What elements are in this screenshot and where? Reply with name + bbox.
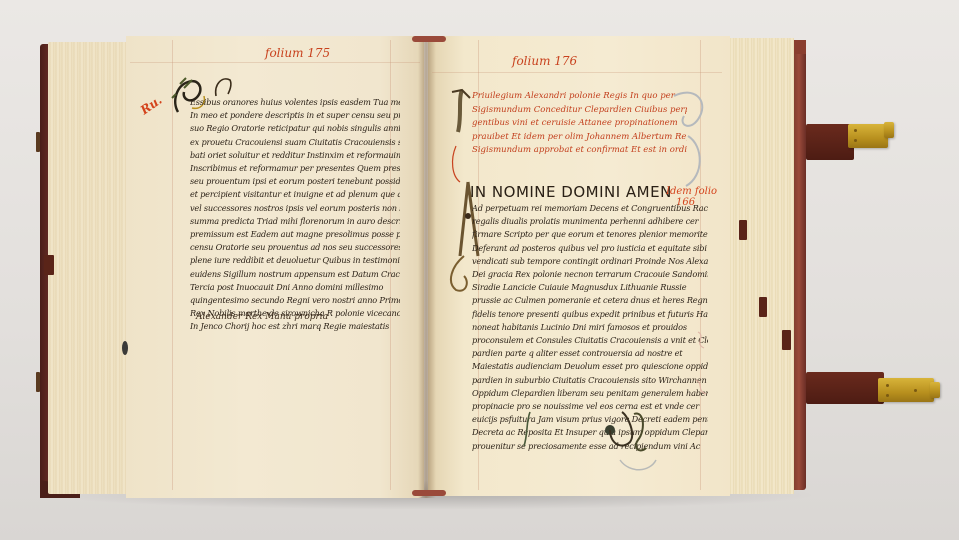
text-line: In meo et pondere descriptis in et super… <box>190 109 400 122</box>
upper-clasp-strap <box>806 124 854 160</box>
text-line: In Jenco Chorij hoc est zhri marq Regie … <box>190 320 400 333</box>
text-line: pardien in suburbio Ciuitatis Cracouiens… <box>472 374 708 387</box>
text-line: Inscribimus et reformamur per presentes … <box>190 162 400 175</box>
text-line: fidelis tenore presenti quibus expedit p… <box>472 308 708 321</box>
rubric-line: Priuilegium Alexandri polonie Regis In q… <box>472 90 687 104</box>
royal-signature: Alexander Rex Manu propria <box>196 312 328 322</box>
pen-stroke-icon <box>520 410 540 450</box>
text-line: Essibus oranores huius volentes ipsis ea… <box>190 96 400 109</box>
text-line: seu prouentum ipsi et eorum posteri tene… <box>190 175 400 188</box>
right-fore-edge <box>728 38 794 494</box>
gutter <box>418 36 436 498</box>
faded-marginal-marks-icon <box>692 330 712 400</box>
rubric-line: prauibet Et idem per olim Johannem Alber… <box>472 131 687 145</box>
left-page-body: Essibus oranores huius volentes ipsis ea… <box>190 96 400 334</box>
upper-clasp[interactable] <box>848 124 888 148</box>
text-line: Deferant ad posteros quibus vel pro iust… <box>472 242 708 255</box>
folio-number-left: folium 175 <box>265 46 330 60</box>
text-line: et percipient visitantur et inuigne et a… <box>190 188 400 201</box>
left-fore-edge <box>48 42 128 494</box>
invocation-heading: IN NOMINE DOMINI AMEN <box>470 183 672 201</box>
closing-flourish-icon <box>600 410 680 480</box>
text-line: Tercia post Inuocauit Dni Anno domini mi… <box>190 281 400 294</box>
lower-clasp-strap <box>806 372 884 404</box>
lower-clasp-hook <box>930 382 940 398</box>
text-line: noneat habitanis Lucinio Dni miri famoso… <box>472 321 708 334</box>
rubric-heading: Priuilegium Alexandri polonie Regis In q… <box>472 90 687 158</box>
left-hinge-bottom <box>36 372 40 392</box>
rubric-line: gentibus vini et ceruisie Attanee propin… <box>472 117 687 131</box>
text-line: summa predicta Triad mihi florenorum in … <box>190 215 400 228</box>
ruling-line <box>432 72 722 73</box>
text-line: prussie ac Culmen pomeranie et cetera dn… <box>472 294 708 307</box>
lower-clasp[interactable] <box>878 378 934 402</box>
rubric-line: Sigismundum Conceditur Clepardien Ciuibu… <box>472 104 687 118</box>
spine-tailcap <box>412 490 446 496</box>
text-line: quingentesimo secundo Regni vero nostri … <box>190 294 400 307</box>
text-line: regalis diualis prolatis munimenta perhe… <box>472 215 708 228</box>
text-line: premissum est Eadem aut magne presolimus… <box>190 228 400 241</box>
text-line: Ad perpetuam rei memoriam Decens et Cong… <box>472 202 708 215</box>
text-line: euidens Sigillum nostrum appensum est Da… <box>190 268 400 281</box>
text-line: Siradie Lancicie Cuiauie Magnusdux Lithu… <box>472 281 708 294</box>
text-line: vendicati sub tempore contingit ordinari… <box>472 255 708 268</box>
text-line: bati oriet soluitur et redditur Instinxi… <box>190 149 400 162</box>
text-line: Maiestatis audienciam Deuolum esset pro … <box>472 360 708 373</box>
text-line: Oppidum Clepardien liberam seu penitam g… <box>472 387 708 400</box>
faded-flourish-icon <box>664 86 714 196</box>
rubric-line: Sigismundum approbat et confirmat Et est… <box>472 144 687 158</box>
ink-blot-icon <box>120 338 130 358</box>
page-tab[interactable] <box>759 297 767 317</box>
text-line: vel successores nostros ipsis vel eorum … <box>190 202 400 215</box>
page-tab[interactable] <box>739 220 747 240</box>
spine-headcap <box>412 36 446 42</box>
text-line: censu Oratorie seu prouentus ad nos seu … <box>190 241 400 254</box>
ruling-line <box>130 62 420 63</box>
page-tab[interactable] <box>44 255 54 275</box>
text-line: suo Regio Oratorie reticipatur qui nobis… <box>190 122 400 135</box>
text-line: proconsulem et Consules Ciuitatis Cracou… <box>472 334 708 347</box>
right-cover <box>792 44 806 490</box>
text-line: firmare Scripto per que eorum et tenores… <box>472 228 708 241</box>
text-line: pardien parte q aliter esset controuersi… <box>472 347 708 360</box>
left-hinge-top <box>36 132 40 152</box>
margin-note-line: Idem folio <box>666 186 717 197</box>
folio-number-right: folium 176 <box>512 54 577 68</box>
page-tab[interactable] <box>782 330 791 350</box>
text-line: ex prouetu Cracouiensi suam Ciuitatis Cr… <box>190 136 400 149</box>
upper-clasp-hook <box>884 122 894 138</box>
text-line: plene iure reddibit et deuoluetur Quibus… <box>190 254 400 267</box>
text-line: Dei gracia Rex polonie necnon terrarum C… <box>472 268 708 281</box>
